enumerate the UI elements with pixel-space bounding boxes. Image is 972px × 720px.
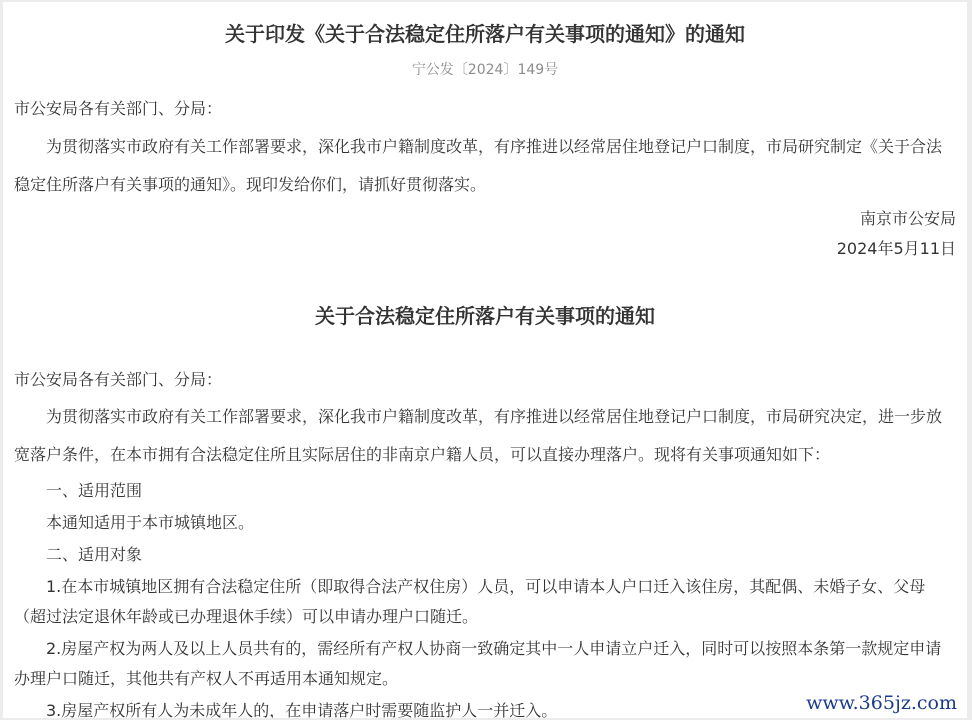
inner-intro-paragraph: 为贯彻落实市政府有关工作部署要求，深化我市户籍制度改革，有序推进以经常居住地登记… xyxy=(14,398,956,474)
inner-document-title: 关于合法稳定住所落户有关事项的通知 xyxy=(14,302,956,330)
signature-agency: 南京市公安局 xyxy=(14,204,956,234)
notice-document: 关于印发《关于合法稳定住所落户有关事项的通知》的通知 宁公发〔2024〕149号… xyxy=(3,2,967,718)
section-1-heading: 一、适用范围 xyxy=(14,476,956,506)
outer-salutation: 市公安局各有关部门、分局： xyxy=(14,90,956,128)
section-2-item-2: 2.房屋产权为两人及以上人员共有的，需经所有产权人协商一致确定其中一人申请立户迁… xyxy=(14,634,956,694)
section-1-paragraph: 本通知适用于本市城镇地区。 xyxy=(14,508,956,538)
signature-date: 2024年5月11日 xyxy=(14,234,956,264)
outer-body-paragraph: 为贯彻落实市政府有关工作部署要求，深化我市户籍制度改革，有序推进以经常居住地登记… xyxy=(14,128,956,204)
document-number: 宁公发〔2024〕149号 xyxy=(14,60,956,80)
inner-salutation: 市公安局各有关部门、分局： xyxy=(14,362,956,398)
document-title: 关于印发《关于合法稳定住所落户有关事项的通知》的通知 xyxy=(14,20,956,48)
section-2-item-1: 1.在本市城镇地区拥有合法稳定住所（即取得合法产权住房）人员，可以申请本人户口迁… xyxy=(14,572,956,632)
article-page: 关于印发《关于合法稳定住所落户有关事项的通知》的通知 宁公发〔2024〕149号… xyxy=(3,2,967,718)
section-2-heading: 二、适用对象 xyxy=(14,540,956,570)
watermark-link[interactable]: www.365jz.com xyxy=(806,692,957,714)
